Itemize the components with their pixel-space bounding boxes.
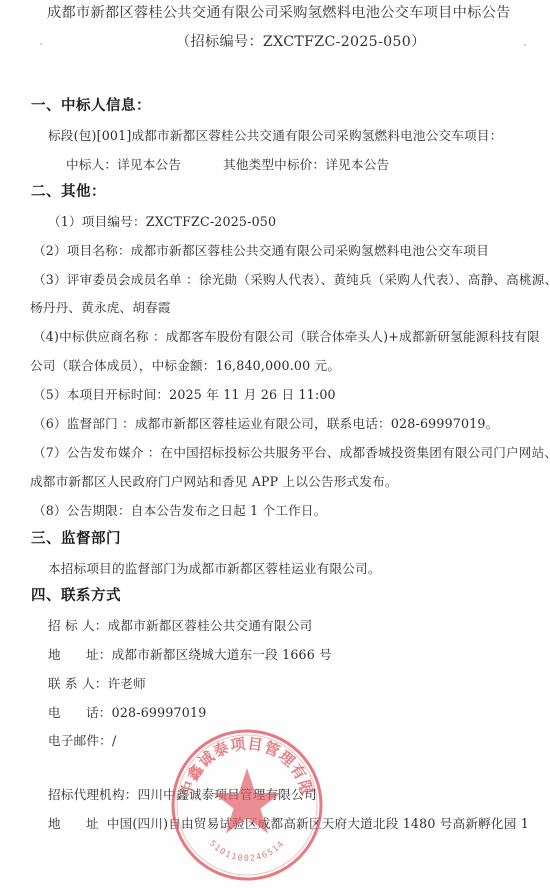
contact-label: 联 系 人：	[48, 676, 108, 691]
item-supplier-line1: （4)中标供应商名称 ：成都客车股份有限公司（联合体牵头人)+成都新研氢能源科技…	[33, 329, 540, 345]
section-heading-winner-info: 一、中标人信息：	[31, 98, 151, 114]
item-supervisor: （6）监督部门 ：成都市新都区蓉桂运业有限公司，联系电话：028-6999701…	[33, 416, 498, 432]
item-period: （8）公告期限：自本公告发布之日起 1 个工作日。	[33, 503, 327, 519]
contact-label: 招 标 人：	[48, 618, 108, 633]
seal-code-text: 5101100246514	[207, 839, 287, 864]
scan-speck	[40, 43, 42, 45]
company-seal-stamp: 四川中鑫诚泰项目管理有限公司 5101100246514	[170, 728, 324, 882]
item-committee-line1: （3）评审委员会成员名单 ：徐光勛（采购人代表）、黄纯兵（采购人代表）、高静、高…	[33, 272, 550, 288]
item-media-line2: 成都市新都区人民政府门户网站和香见 APP 上以公告形式发布。	[30, 474, 398, 490]
contact-value: 028-69997019	[112, 705, 207, 720]
contact-value: 成都市新都区蓉桂公共交通有限公司	[108, 618, 313, 633]
contact-value: 许老师	[108, 676, 146, 691]
item-supplier-line2: 公司（联合体成员），中标金额：16,840,000.00 元。	[30, 358, 340, 374]
section-heading-supervision: 三、监督部门	[31, 531, 121, 547]
contact-phone: 电 话：028-69997019	[48, 705, 206, 721]
contact-email: 电子邮件：/	[48, 733, 116, 749]
contact-value: 四川中鑫诚泰项目管理有限公司	[138, 787, 317, 802]
tender-number: （招标编号：ZXCTFZC-2025-050）	[176, 34, 426, 50]
contact-agency-address: 地 址中国(四川)自由贸易试验区成都高新区天府大道北段 1480 号高新孵化园 …	[48, 816, 529, 832]
contact-agency: 招标代理机构：四川中鑫诚泰项目管理有限公司	[48, 787, 317, 803]
contact-value: 成都市新都区绕城大道东一段 1666 号	[112, 647, 332, 662]
section-heading-other: 二、其他：	[31, 184, 106, 200]
item-project-number: （1）项目编号：ZXCTFZC-2025-050	[48, 214, 276, 230]
winner-label: 中标人：详见本公告	[66, 157, 181, 173]
announcement-page: 成都市新都区蓉桂公共交通有限公司采购氢燃料电池公交车项目中标公告 （招标编号：Z…	[0, 0, 550, 888]
contact-person: 联 系 人：许老师	[48, 676, 146, 692]
document-title: 成都市新都区蓉桂公共交通有限公司采购氢燃料电池公交车项目中标公告	[47, 5, 511, 21]
item-media-line1: （7）公告发布媒介 ：在中国招标投标公共服务平台、成都香城投资集团有限公司门户网…	[33, 445, 550, 461]
contact-label: 地 址：	[48, 647, 112, 662]
contact-label: 招标代理机构：	[48, 787, 138, 802]
contact-tenderer: 招 标 人：成都市新都区蓉桂公共交通有限公司	[48, 618, 312, 634]
seal-outer-ring	[173, 731, 321, 879]
item-committee-line2: 杨丹丹、黄永虎、胡春霞	[30, 300, 171, 316]
contact-label: 电子邮件：	[48, 733, 112, 748]
supervision-body: 本招标项目的监督部门为成都市新都区蓉桂运业有限公司。	[48, 561, 381, 577]
section-heading-contact: 四、联系方式	[31, 588, 121, 604]
lot-line: 标段(包)[001]成都市新都区蓉桂公共交通有限公司采购氢燃料电池公交车项目：	[48, 128, 503, 144]
scan-speck	[524, 44, 526, 46]
contact-label: 电 话：	[48, 705, 112, 720]
contact-label: 地 址	[48, 816, 99, 831]
contact-value: /	[112, 733, 116, 748]
item-project-name: （2）项目名称：成都市新都区蓉桂公共交通有限公司采购氢燃料电池公交车项目	[33, 243, 489, 259]
contact-address: 地 址：成都市新都区绕城大道东一段 1666 号	[48, 647, 332, 663]
item-opening-time: （5）本项目开标时间：2025 年 11 月 26 日 11:00	[33, 387, 336, 403]
contact-value: 中国(四川)自由贸易试验区成都高新区天府大道北段 1480 号高新孵化园 1	[107, 816, 529, 831]
winning-price-label: 其他类型中标价：详见本公告	[223, 157, 389, 173]
